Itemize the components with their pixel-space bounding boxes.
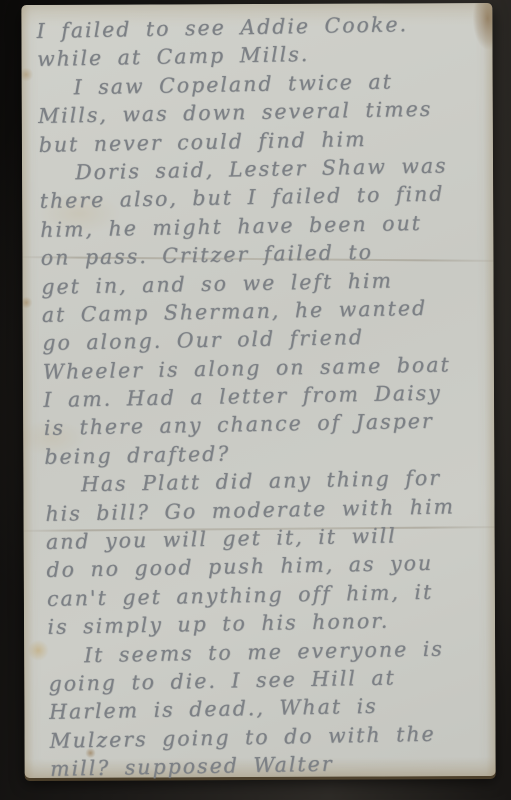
handwritten-text-block: I failed to see Addie Cooke. while at Ca… <box>36 9 500 784</box>
letter-page: I failed to see Addie Cooke. while at Ca… <box>21 3 495 778</box>
photo-background: I failed to see Addie Cooke. while at Ca… <box>0 0 511 800</box>
